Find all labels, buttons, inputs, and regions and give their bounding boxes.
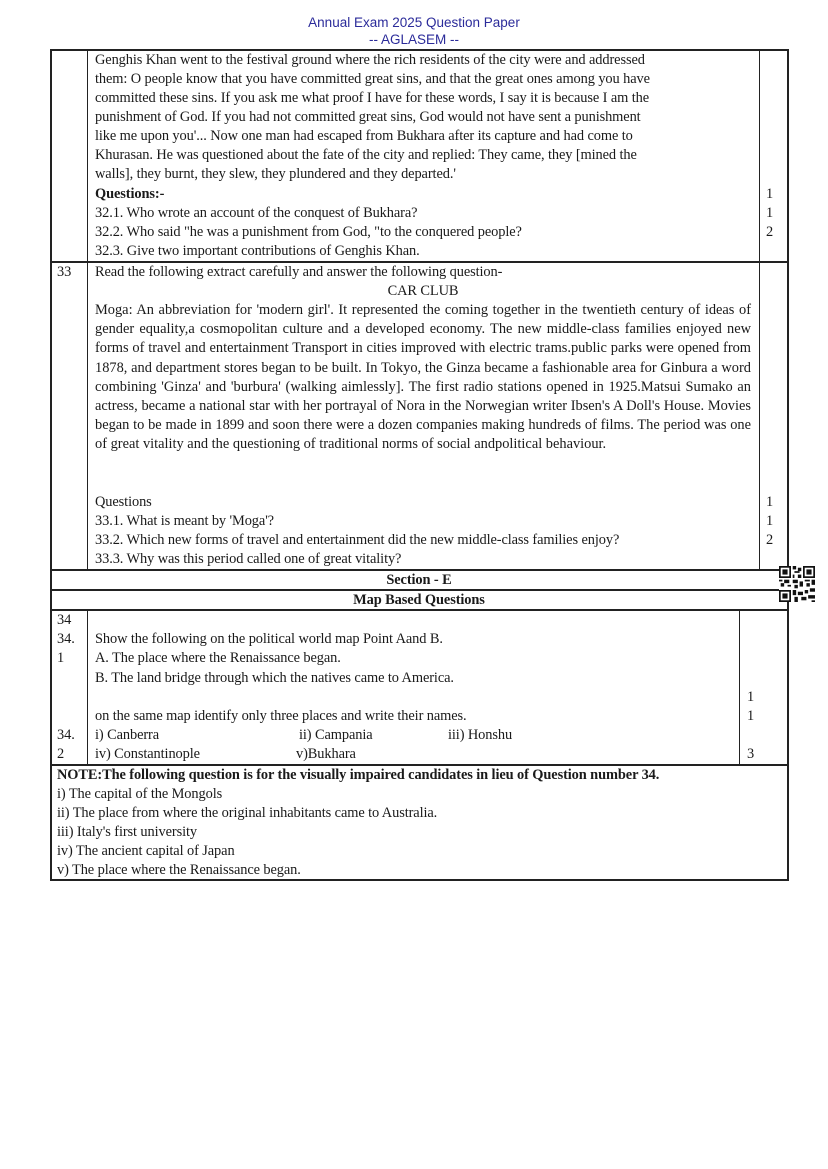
place-item: v)Bukhara <box>296 745 356 764</box>
questions-heading: Questions:- <box>95 185 164 204</box>
section-subtitle: Map Based Questions <box>50 591 788 610</box>
sub-question-number: 2 <box>57 745 64 764</box>
question-33-instruction: Read the following extract carefully and… <box>95 263 502 282</box>
question-number: 33 <box>57 263 71 282</box>
marks: 1 <box>747 707 754 726</box>
note-item: v) The place where the Renaissance began… <box>57 861 301 880</box>
note-item: ii) The place from where the original in… <box>57 804 437 823</box>
passage-line: Genghis Khan went to the festival ground… <box>95 51 645 70</box>
question-34-instruction: Show the following on the political worl… <box>95 630 443 649</box>
place-item: iv) Constantinople <box>95 745 200 764</box>
note-item: iv) The ancient capital of Japan <box>57 842 235 861</box>
sub-question-32-2: 32.2. Who said "he was a punishment from… <box>95 223 522 242</box>
marks: 1 <box>747 688 754 707</box>
paper-title: Annual Exam 2025 Question Paper <box>0 15 828 30</box>
marks: 3 <box>747 745 754 764</box>
note-item: i) The capital of the Mongols <box>57 785 222 804</box>
marks: 2 <box>766 223 773 242</box>
passage-line: them: O people know that you have commit… <box>95 70 650 89</box>
sub-question-33-2: 33.2. Which new forms of travel and ente… <box>95 531 619 550</box>
sub-question-number: 34. <box>57 726 75 745</box>
section-title: Section - E <box>50 571 788 590</box>
sub-question-33-1: 33.1. What is meant by 'Moga'? <box>95 512 274 531</box>
marks: 1 <box>766 185 773 204</box>
paper-watermark: -- AGLASEM -- <box>0 32 828 47</box>
map-item-b: B. The land bridge through which the nat… <box>95 669 454 688</box>
sub-question-32-3: 32.3. Give two important contributions o… <box>95 242 420 261</box>
sub-question-33-3: 33.3. Why was this period called one of … <box>95 550 401 569</box>
marks: 1 <box>766 204 773 223</box>
marks: 1 <box>766 512 773 531</box>
qr-code-icon <box>779 566 815 602</box>
place-item: ii) Campania <box>299 726 373 745</box>
questions-heading: Questions <box>95 493 152 512</box>
sub-question-32-1: 32.1. Who wrote an account of the conque… <box>95 204 417 223</box>
marks: 2 <box>766 531 773 550</box>
question-33-passage: Moga: An abbreviation for 'modern girl'.… <box>95 301 751 455</box>
passage-line: punishment of God. If you had not commit… <box>95 108 641 127</box>
sub-question-number: 34. <box>57 630 75 649</box>
identify-instruction: on the same map identify only three plac… <box>95 707 467 726</box>
sub-question-number: 1 <box>57 649 64 668</box>
passage-line: walls], they burnt, they slew, they plun… <box>95 165 456 184</box>
passage-line: Khurasan. He was questioned about the fa… <box>95 146 637 165</box>
place-item: iii) Honshu <box>448 726 512 745</box>
note-heading: NOTE:The following question is for the v… <box>57 766 659 785</box>
place-item: i) Canberra <box>95 726 159 745</box>
passage-title: CAR CLUB <box>95 282 751 301</box>
passage-line: committed these sins. If you ask me what… <box>95 89 649 108</box>
question-number: 34 <box>57 611 71 630</box>
marks: 1 <box>766 493 773 512</box>
note-item: iii) Italy's first university <box>57 823 197 842</box>
passage-line: like me upon you'... Now one man had esc… <box>95 127 633 146</box>
map-item-a: A. The place where the Renaissance began… <box>95 649 341 668</box>
